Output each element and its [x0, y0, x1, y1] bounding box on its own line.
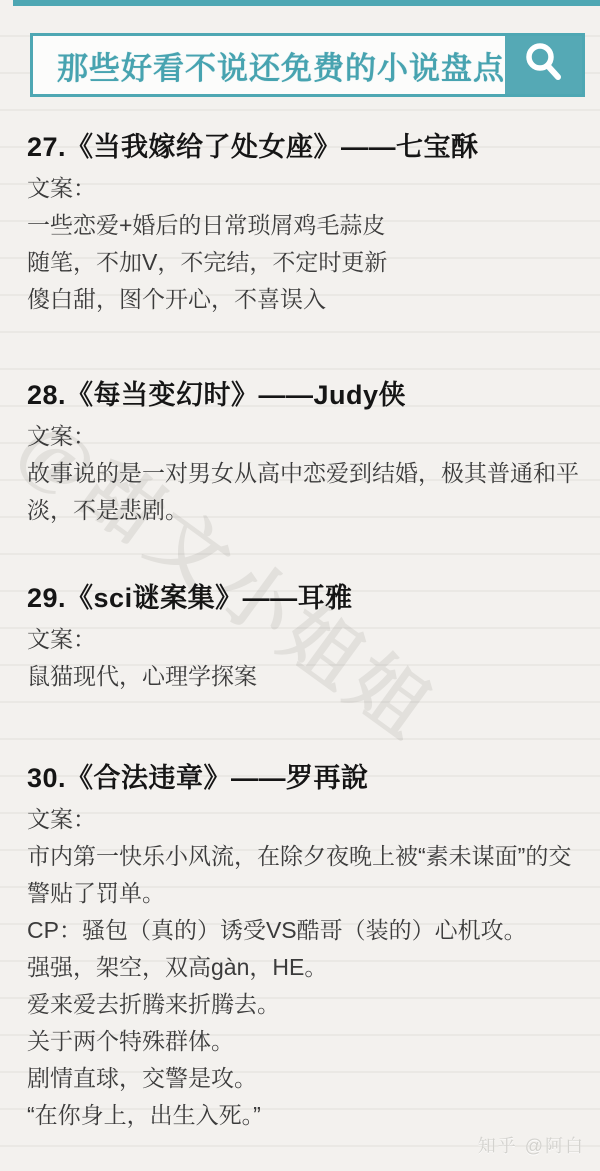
novel-entry-28: 28.《每当变幻时》——Judy侠 文案： 故事说的是一对男女从高中恋爱到结婚，… — [27, 379, 582, 529]
entry-line: 傻白甜，图个开心，不喜误入 — [27, 281, 582, 318]
top-accent-strip — [13, 0, 600, 6]
entry-line: 强强，架空，双高gàn，HE。 — [27, 949, 582, 986]
entry-label: 文案： — [27, 621, 582, 658]
entry-line: 剧情直球，交警是攻。 — [27, 1060, 582, 1097]
entry-heading: 28.《每当变幻时》——Judy侠 — [27, 379, 582, 411]
entry-label: 文案： — [27, 801, 582, 838]
entry-line: 鼠猫现代，心理学探案 — [27, 658, 582, 695]
zhihu-credit-watermark: 知乎 @阿白 — [478, 1132, 585, 1158]
entry-heading: 29.《sci谜案集》——耳雅 — [27, 582, 582, 614]
entry-line: 故事说的是一对男女从高中恋爱到结婚，极其普通和平淡，不是悲剧。 — [27, 455, 582, 529]
entry-line: 关于两个特殊群体。 — [27, 1023, 582, 1060]
entry-heading: 30.《合法违章》——罗再說 — [27, 762, 582, 794]
header-search-banner: 那些好看不说还免费的小说盘点 — [30, 33, 585, 97]
entry-line: 一些恋爱+婚后的日常琐屑鸡毛蒜皮 — [27, 207, 582, 244]
novel-entry-27: 27.《当我嫁给了处女座》——七宝酥 文案： 一些恋爱+婚后的日常琐屑鸡毛蒜皮 … — [27, 131, 582, 318]
entry-line: 市内第一快乐小风流，在除夕夜晚上被“素未谋面”的交警贴了罚单。 — [27, 838, 582, 912]
entry-line: 随笔，不加V，不完结，不定时更新 — [27, 244, 582, 281]
entry-line: CP：骚包（真的）诱受VS酷哥（装的）心机攻。 — [27, 912, 582, 949]
entry-label: 文案： — [27, 170, 582, 207]
entry-line: 爱来爱去折腾来折腾去。 — [27, 986, 582, 1023]
search-button[interactable] — [505, 36, 582, 94]
entry-label: 文案： — [27, 418, 582, 455]
novel-entry-30: 30.《合法违章》——罗再說 文案： 市内第一快乐小风流，在除夕夜晚上被“素未谋… — [27, 762, 582, 1134]
page-title: 那些好看不说还免费的小说盘点 — [33, 36, 505, 94]
entry-heading: 27.《当我嫁给了处女座》——七宝酥 — [27, 131, 582, 163]
novel-entry-29: 29.《sci谜案集》——耳雅 文案： 鼠猫现代，心理学探案 — [27, 582, 582, 695]
search-icon — [521, 40, 567, 91]
entry-line: “在你身上，出生入死。” — [27, 1097, 582, 1134]
